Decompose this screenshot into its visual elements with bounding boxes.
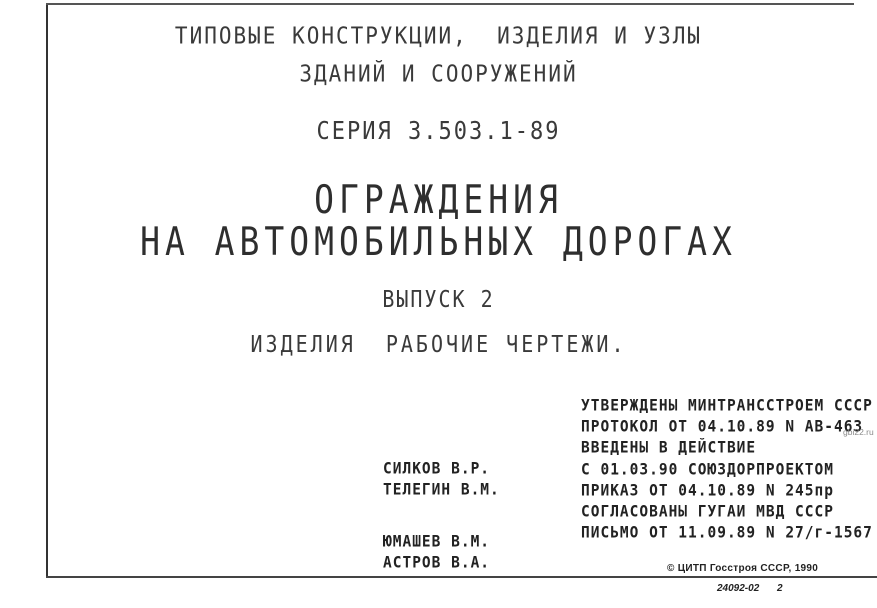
author-name: ТЕЛЕГИН В.М.	[383, 479, 500, 502]
author-name: ЮМАШЕВ В.М.	[383, 531, 500, 554]
page-number: 2	[777, 583, 783, 594]
series-number: СЕРИЯ 3.503.1-89	[0, 117, 877, 146]
frame-border-top	[46, 3, 854, 5]
approval-line: СОГЛАСОВАНЫ ГУГАИ МВД СССР	[581, 501, 873, 524]
author-name: АСТРОВ В.А.	[383, 552, 500, 575]
approval-line: ПРИКАЗ ОТ 04.10.89 N 245пр	[581, 480, 873, 503]
header-line-1: ТИПОВЫЕ КОНСТРУКЦИИ, ИЗДЕЛИЯ И УЗЛЫ	[0, 22, 877, 49]
document-number: 24092-02	[717, 583, 759, 594]
approvals-block: УТВЕРЖДЕНЫ МИНТРАНССТРОЕМ СССР ПРОТОКОЛ …	[581, 395, 873, 543]
approval-line: ВВЕДЕНЫ В ДЕЙСТВИЕ	[581, 437, 873, 460]
approval-line: УТВЕРЖДЕНЫ МИНТРАНССТРОЕМ СССР	[581, 395, 873, 418]
document-subtitle: ИЗДЕЛИЯ РАБОЧИЕ ЧЕРТЕЖИ.	[0, 330, 877, 358]
document-title-line-2: НА АВТОМОБИЛЬНЫХ ДОРОГАХ	[0, 218, 877, 265]
copyright-notice: © ЦИТП Госстроя СССР, 1990	[667, 563, 818, 574]
header-line-2: ЗДАНИЙ И СООРУЖЕНИЙ	[0, 60, 877, 87]
authors-block: СИЛКОВ В.Р. ТЕЛЕГИН В.М. ЮМАШЕВ В.М. АСТ…	[383, 458, 500, 573]
document-title-line-1: ОГРАЖДЕНИЯ	[0, 176, 877, 223]
frame-border-bottom	[46, 576, 877, 578]
approval-line: ПИСЬМО ОТ 11.09.89 N 27/г-1567	[581, 522, 873, 545]
author-name: СИЛКОВ В.Р.	[383, 458, 500, 481]
issue-number: ВЫПУСК 2	[0, 285, 877, 313]
approval-line: С 01.03.90 СОЮЗДОРПРОЕКТОМ	[581, 459, 873, 482]
watermark: gbi22.ru	[843, 427, 874, 437]
